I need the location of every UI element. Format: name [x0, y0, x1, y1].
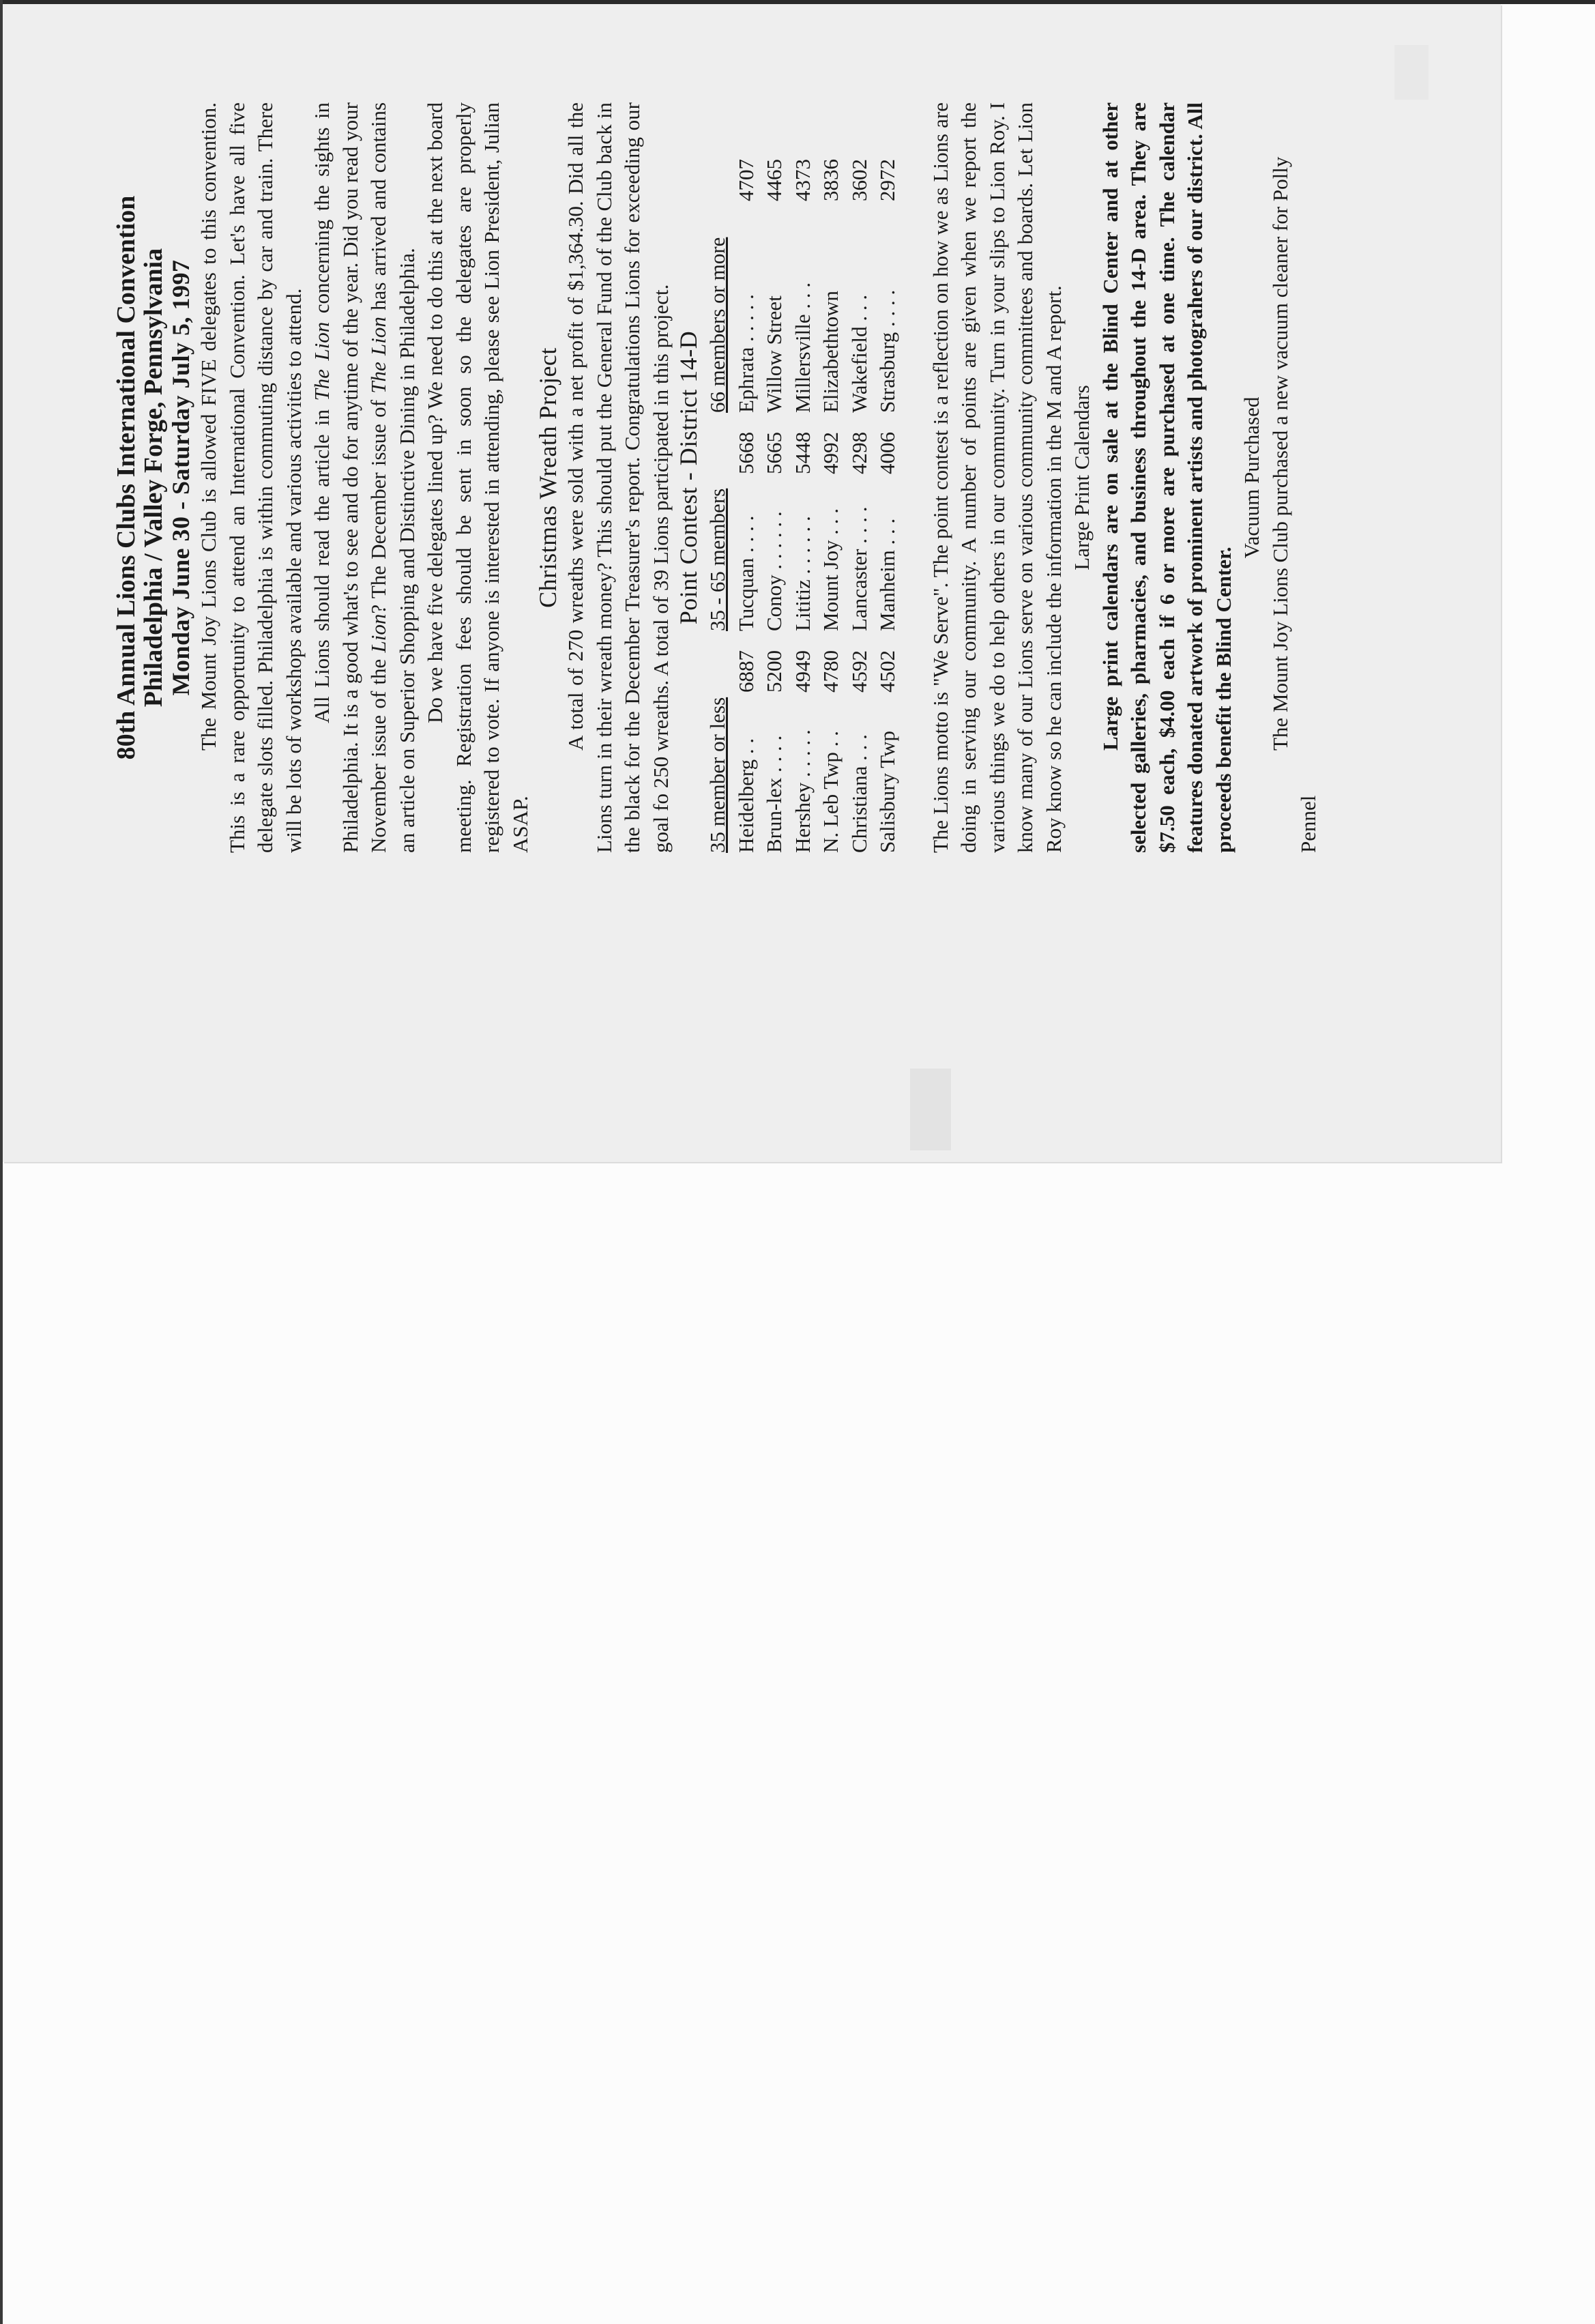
- wreath-paragraph: A total of 270 wreaths were sold with a …: [561, 102, 675, 853]
- table-row: Brun-lex . . . .5200: [760, 631, 789, 853]
- convention-dates: Monday June 30 - Saturday July 5, 1997: [167, 102, 194, 853]
- contest-column-large: 66 members or more Ephrata . . . . .4707…: [703, 140, 902, 413]
- table-row: Lititiz . . . . . .5448: [789, 413, 817, 631]
- table-row: Millersville . . .4373: [789, 140, 817, 413]
- column-header: 35 - 65 members: [703, 413, 732, 631]
- table-row: Mount Joy . . .4992: [817, 413, 845, 631]
- table-row: N. Leb Twp . .4780: [817, 631, 845, 853]
- convention-title: 80th Annual Lions Clubs International Co…: [113, 102, 140, 853]
- motto-paragraph: The Lions motto is "We Serve". The point…: [926, 102, 1068, 853]
- spacer: [906, 102, 926, 853]
- table-row: Salisbury Twp4502: [873, 631, 902, 853]
- table-row: Elizabethtown3836: [817, 140, 845, 413]
- convention-paragraph-2: All Lions should read the article in The…: [308, 102, 421, 853]
- column-header: 66 members or more: [703, 140, 732, 413]
- bleed-through-shadow: [910, 1069, 951, 1150]
- table-row: Lancaster . . . .4298: [845, 413, 874, 631]
- table-row: Conoy . . . . . .5665: [760, 413, 789, 631]
- table-row: Heidelberg . .6887: [732, 631, 761, 853]
- table-row: Ephrata . . . . .4707: [732, 140, 761, 413]
- convention-paragraph-3: Do we have five delegates lined up? We n…: [421, 102, 534, 853]
- newsletter-text: 80th Annual Lions Clubs International Co…: [113, 102, 1327, 853]
- convention-location: Philadelphia / Valley Forge, Pennsylvani…: [140, 102, 167, 853]
- table-row: Strasburg . . . .2972: [873, 140, 902, 413]
- table-row: Tucquan . . . .5668: [732, 413, 761, 631]
- vacuum-paragraph: The Mount Joy Lions Club purchased a new…: [1266, 102, 1323, 853]
- wreath-heading: Christmas Wreath Project: [534, 102, 561, 853]
- table-row: Hershey . . . . .4949: [789, 631, 817, 853]
- convention-paragraph-1: The Mount Joy Lions Club is allowed FIVE…: [194, 102, 308, 853]
- point-contest-table: 35 member or less Heidelberg . .6887 Bru…: [703, 102, 902, 853]
- table-row: Wakefield . . .3602: [845, 140, 874, 413]
- table-row: Christiana . . .4592: [845, 631, 874, 853]
- contest-column-small: 35 member or less Heidelberg . .6887 Bru…: [703, 631, 902, 853]
- point-contest-heading: Point Contest - District 14-D: [675, 102, 702, 853]
- table-row: Manheim . . .4006: [873, 413, 902, 631]
- vacuum-heading: Vacuum Purchased: [1238, 102, 1266, 853]
- table-row: Willow Street4465: [760, 140, 789, 413]
- calendars-paragraph: Large print calendars are on sale at the…: [1096, 102, 1238, 853]
- column-header: 35 member or less: [703, 631, 732, 853]
- contest-column-medium: 35 - 65 members Tucquan . . . .5668 Cono…: [703, 413, 902, 631]
- calendars-heading: Large Print Calendars: [1068, 102, 1096, 853]
- bleed-through-shadow: [1394, 45, 1429, 100]
